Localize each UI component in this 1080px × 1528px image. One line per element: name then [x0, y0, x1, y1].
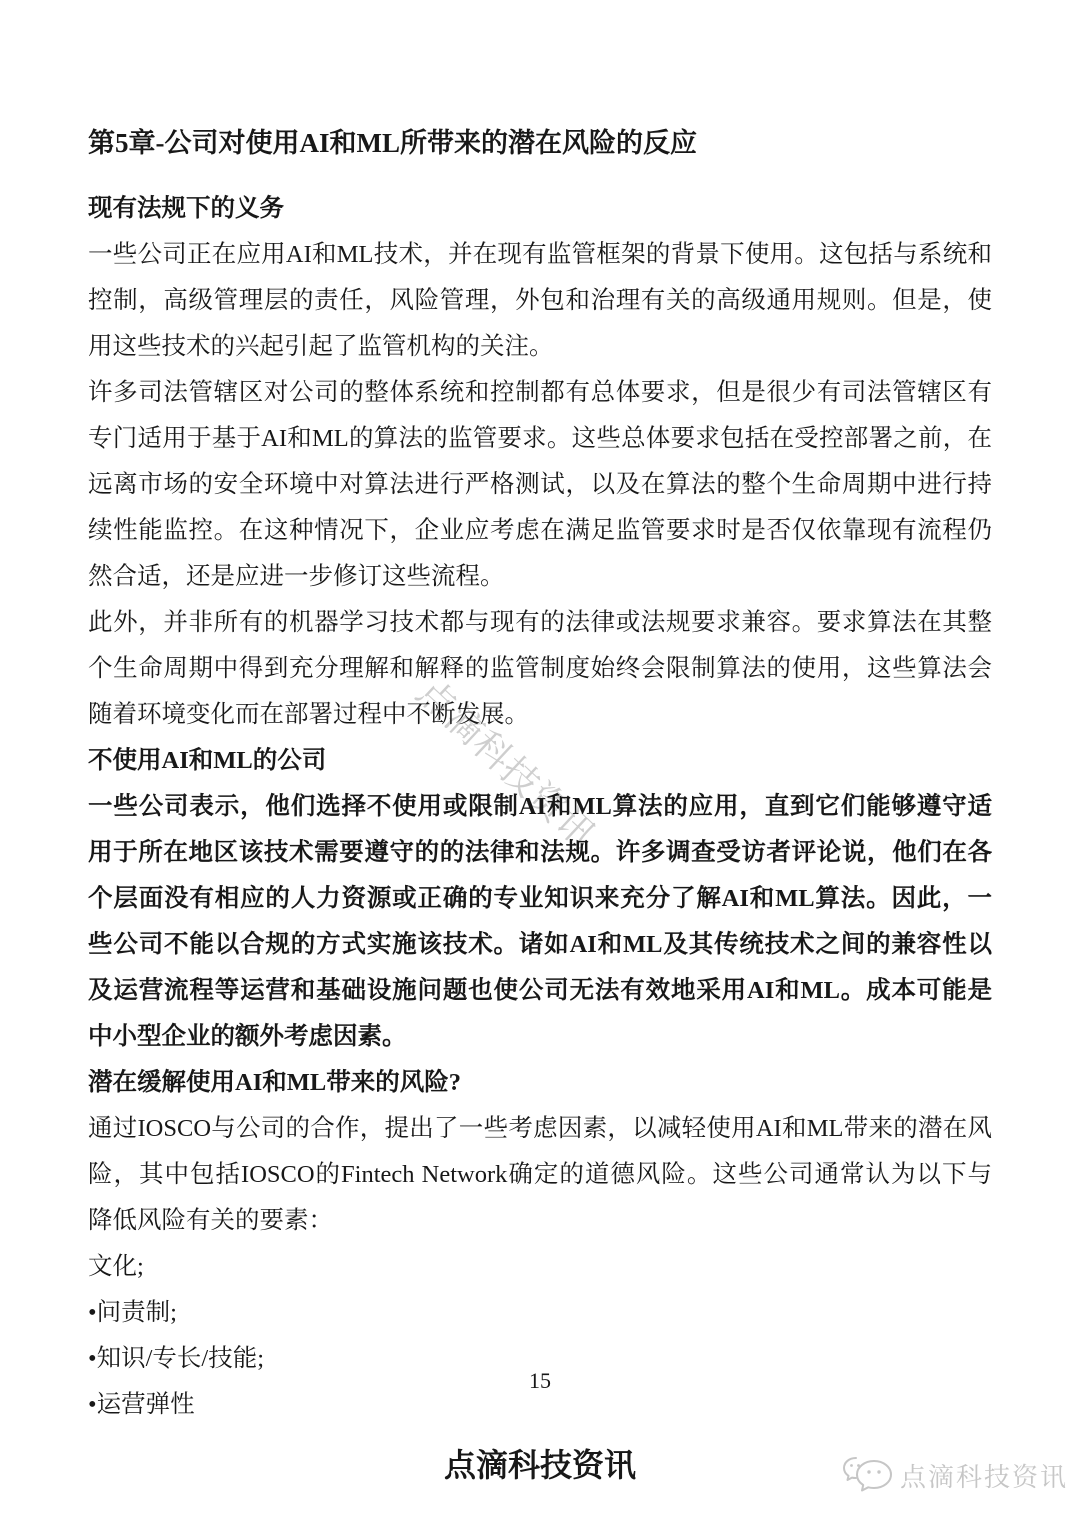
- text-line: 通过IOSCO与公司的合作，提出了一些考虑因素，以减轻使用AI和ML带来的潜在风: [88, 1106, 992, 1152]
- document-page: 点滴科技资讯 第5章-公司对使用AI和ML所带来的潜在风险的反应 现有法规下的义…: [0, 0, 1080, 1528]
- corner-brand-text: 点滴科技资讯: [900, 1457, 1068, 1494]
- text-line: 远离市场的安全环境中对算法进行严格测试，以及在算法的整个生命周期中进行持: [88, 462, 992, 508]
- section-heading: 现有法规下的义务: [88, 186, 992, 232]
- body-blocks: 现有法规下的义务一些公司正在应用AI和ML技术，并在现有监管框架的背景下使用。这…: [88, 186, 992, 1428]
- text-line: 随着环境变化而在部署过程中不断发展。: [88, 692, 992, 738]
- page-number: 15: [0, 1368, 1080, 1394]
- text-line: 个生命周期中得到充分理解和解释的监管制度始终会限制算法的使用，这些算法会: [88, 646, 992, 692]
- text-line: 续性能监控。在这种情况下，企业应考虑在满足监管要求时是否仅依靠现有流程仍: [88, 508, 992, 554]
- text-line: 用这些技术的兴起引起了监管机构的关注。: [88, 324, 992, 370]
- text-line: 及运营流程等运营和基础设施问题也使公司无法有效地采用AI和ML。成本可能是: [88, 968, 992, 1014]
- text-line: 险，其中包括IOSCO的Fintech Network确定的道德风险。这些公司通…: [88, 1152, 992, 1198]
- text-line: 控制，高级管理层的责任，风险管理，外包和治理有关的高级通用规则。但是，使: [88, 278, 992, 324]
- text-line: 此外，并非所有的机器学习技术都与现有的法律或法规要求兼容。要求算法在其整: [88, 600, 992, 646]
- document-content: 第5章-公司对使用AI和ML所带来的潜在风险的反应 现有法规下的义务一些公司正在…: [88, 0, 992, 1428]
- text-line: 个层面没有相应的人力资源或正确的专业知识来充分了解AI和ML算法。因此，一: [88, 876, 992, 922]
- text-line: 一些公司表示，他们选择不使用或限制AI和ML算法的应用，直到它们能够遵守适: [88, 784, 992, 830]
- text-line: 降低风险有关的要素：: [88, 1198, 992, 1244]
- paragraph: 一些公司表示，他们选择不使用或限制AI和ML算法的应用，直到它们能够遵守适用于所…: [88, 784, 992, 1060]
- section-heading: 潜在缓解使用AI和ML带来的风险?: [88, 1060, 992, 1106]
- paragraph: 一些公司正在应用AI和ML技术，并在现有监管框架的背景下使用。这包括与系统和控制…: [88, 232, 992, 370]
- chat-bubbles-logo-icon: [842, 1452, 894, 1498]
- paragraph: 此外，并非所有的机器学习技术都与现有的法律或法规要求兼容。要求算法在其整个生命周…: [88, 600, 992, 738]
- text-line: 专门适用于基于AI和ML的算法的监管要求。这些总体要求包括在受控部署之前，在: [88, 416, 992, 462]
- text-line: 然合适，还是应进一步修订这些流程。: [88, 554, 992, 600]
- text-line: 用于所在地区该技术需要遵守的的法律和法规。许多调查受访者评论说，他们在各: [88, 830, 992, 876]
- corner-watermark: 点滴科技资讯: [842, 1452, 1068, 1498]
- paragraph: 通过IOSCO与公司的合作，提出了一些考虑因素，以减轻使用AI和ML带来的潜在风…: [88, 1106, 992, 1244]
- text-line: 中小型企业的额外考虑因素。: [88, 1014, 992, 1060]
- chapter-title: 第5章-公司对使用AI和ML所带来的潜在风险的反应: [88, 126, 992, 160]
- paragraph: 许多司法管辖区对公司的整体系统和控制都有总体要求，但是很少有司法管辖区有专门适用…: [88, 370, 992, 600]
- text-line: 些公司不能以合规的方式实施该技术。诸如AI和ML及其传统技术之间的兼容性以: [88, 922, 992, 968]
- text-line: 许多司法管辖区对公司的整体系统和控制都有总体要求，但是很少有司法管辖区有: [88, 370, 992, 416]
- text-line: 一些公司正在应用AI和ML技术，并在现有监管框架的背景下使用。这包括与系统和: [88, 232, 992, 278]
- list-item: •问责制;: [88, 1290, 992, 1336]
- list-item: 文化;: [88, 1244, 992, 1290]
- section-heading: 不使用AI和ML的公司: [88, 738, 992, 784]
